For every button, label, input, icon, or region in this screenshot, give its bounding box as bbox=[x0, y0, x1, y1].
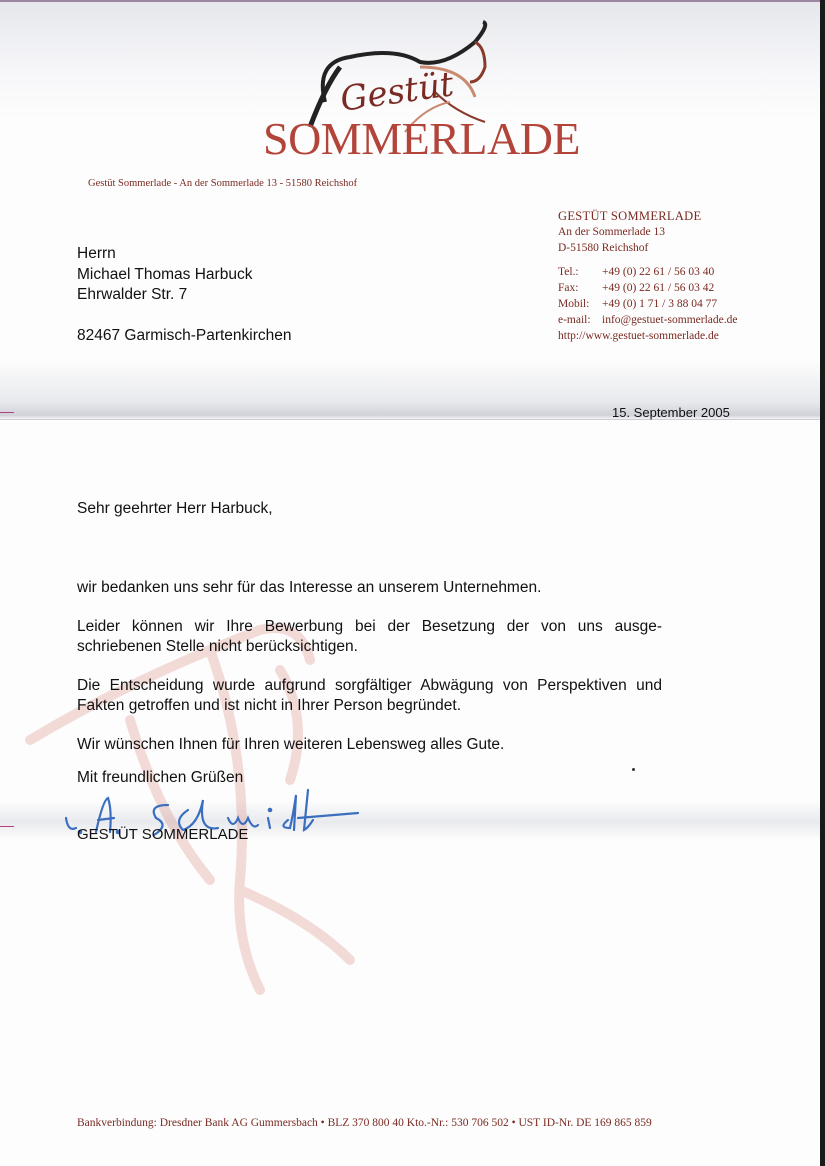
paragraph: Wir wünschen Ihnen für Ihren weiteren Le… bbox=[77, 735, 662, 756]
contact-phone: Tel.: +49 (0) 22 61 / 56 03 40 bbox=[558, 264, 737, 280]
brand-name: SOMMERLADE bbox=[263, 112, 580, 165]
company-city: D-51580 Reichshof bbox=[558, 240, 737, 256]
recipient-name: Michael Thomas Harbuck bbox=[77, 265, 292, 286]
bank-details-footer: Bankverbindung: Dresdner Bank AG Gummers… bbox=[77, 1117, 652, 1129]
letter-body: wir bedanken uns sehr für das Interesse … bbox=[77, 578, 662, 773]
company-signature: GESTÜT SOMMERLADE bbox=[77, 826, 248, 843]
paragraph: Leider können wir Ihre Bewerbung bei der… bbox=[77, 617, 662, 658]
contact-website: http://www.gestuet-sommerlade.de bbox=[558, 328, 737, 344]
fold-mark bbox=[0, 412, 14, 413]
sender-return-address: Gestüt Sommerlade - An der Sommerlade 13… bbox=[88, 178, 357, 189]
letter-date: 15. September 2005 bbox=[612, 405, 730, 420]
contact-fax: Fax: +49 (0) 22 61 / 56 03 42 bbox=[558, 280, 737, 296]
recipient-salutation: Herrn bbox=[77, 244, 292, 265]
fold-mark bbox=[0, 826, 14, 827]
contact-mobile: Mobil: +49 (0) 1 71 / 3 88 04 77 bbox=[558, 296, 737, 312]
recipient-address: Herrn Michael Thomas Harbuck Ehrwalder S… bbox=[77, 244, 292, 346]
recipient-street: Ehrwalder Str. 7 bbox=[77, 285, 292, 306]
salutation: Sehr geehrter Herr Harbuck, bbox=[77, 500, 273, 518]
scan-edge bbox=[0, 0, 820, 2]
letterhead-contact: GESTÜT SOMMERLADE An der Sommerlade 13 D… bbox=[558, 208, 737, 344]
speck bbox=[632, 768, 635, 771]
company-name: GESTÜT SOMMERLADE bbox=[558, 208, 737, 224]
paragraph: wir bedanken uns sehr für das Interesse … bbox=[77, 578, 662, 599]
recipient-city: 82467 Garmisch-Partenkirchen bbox=[77, 326, 292, 347]
contact-email: e-mail: info@gestuet-sommerlade.de bbox=[558, 312, 737, 328]
company-street: An der Sommerlade 13 bbox=[558, 224, 737, 240]
letter-page: Gestüt SOMMERLADE Gestüt Sommerlade - An… bbox=[0, 0, 820, 1166]
paragraph: Die Entscheidung wurde aufgrund sorgfält… bbox=[77, 676, 662, 717]
